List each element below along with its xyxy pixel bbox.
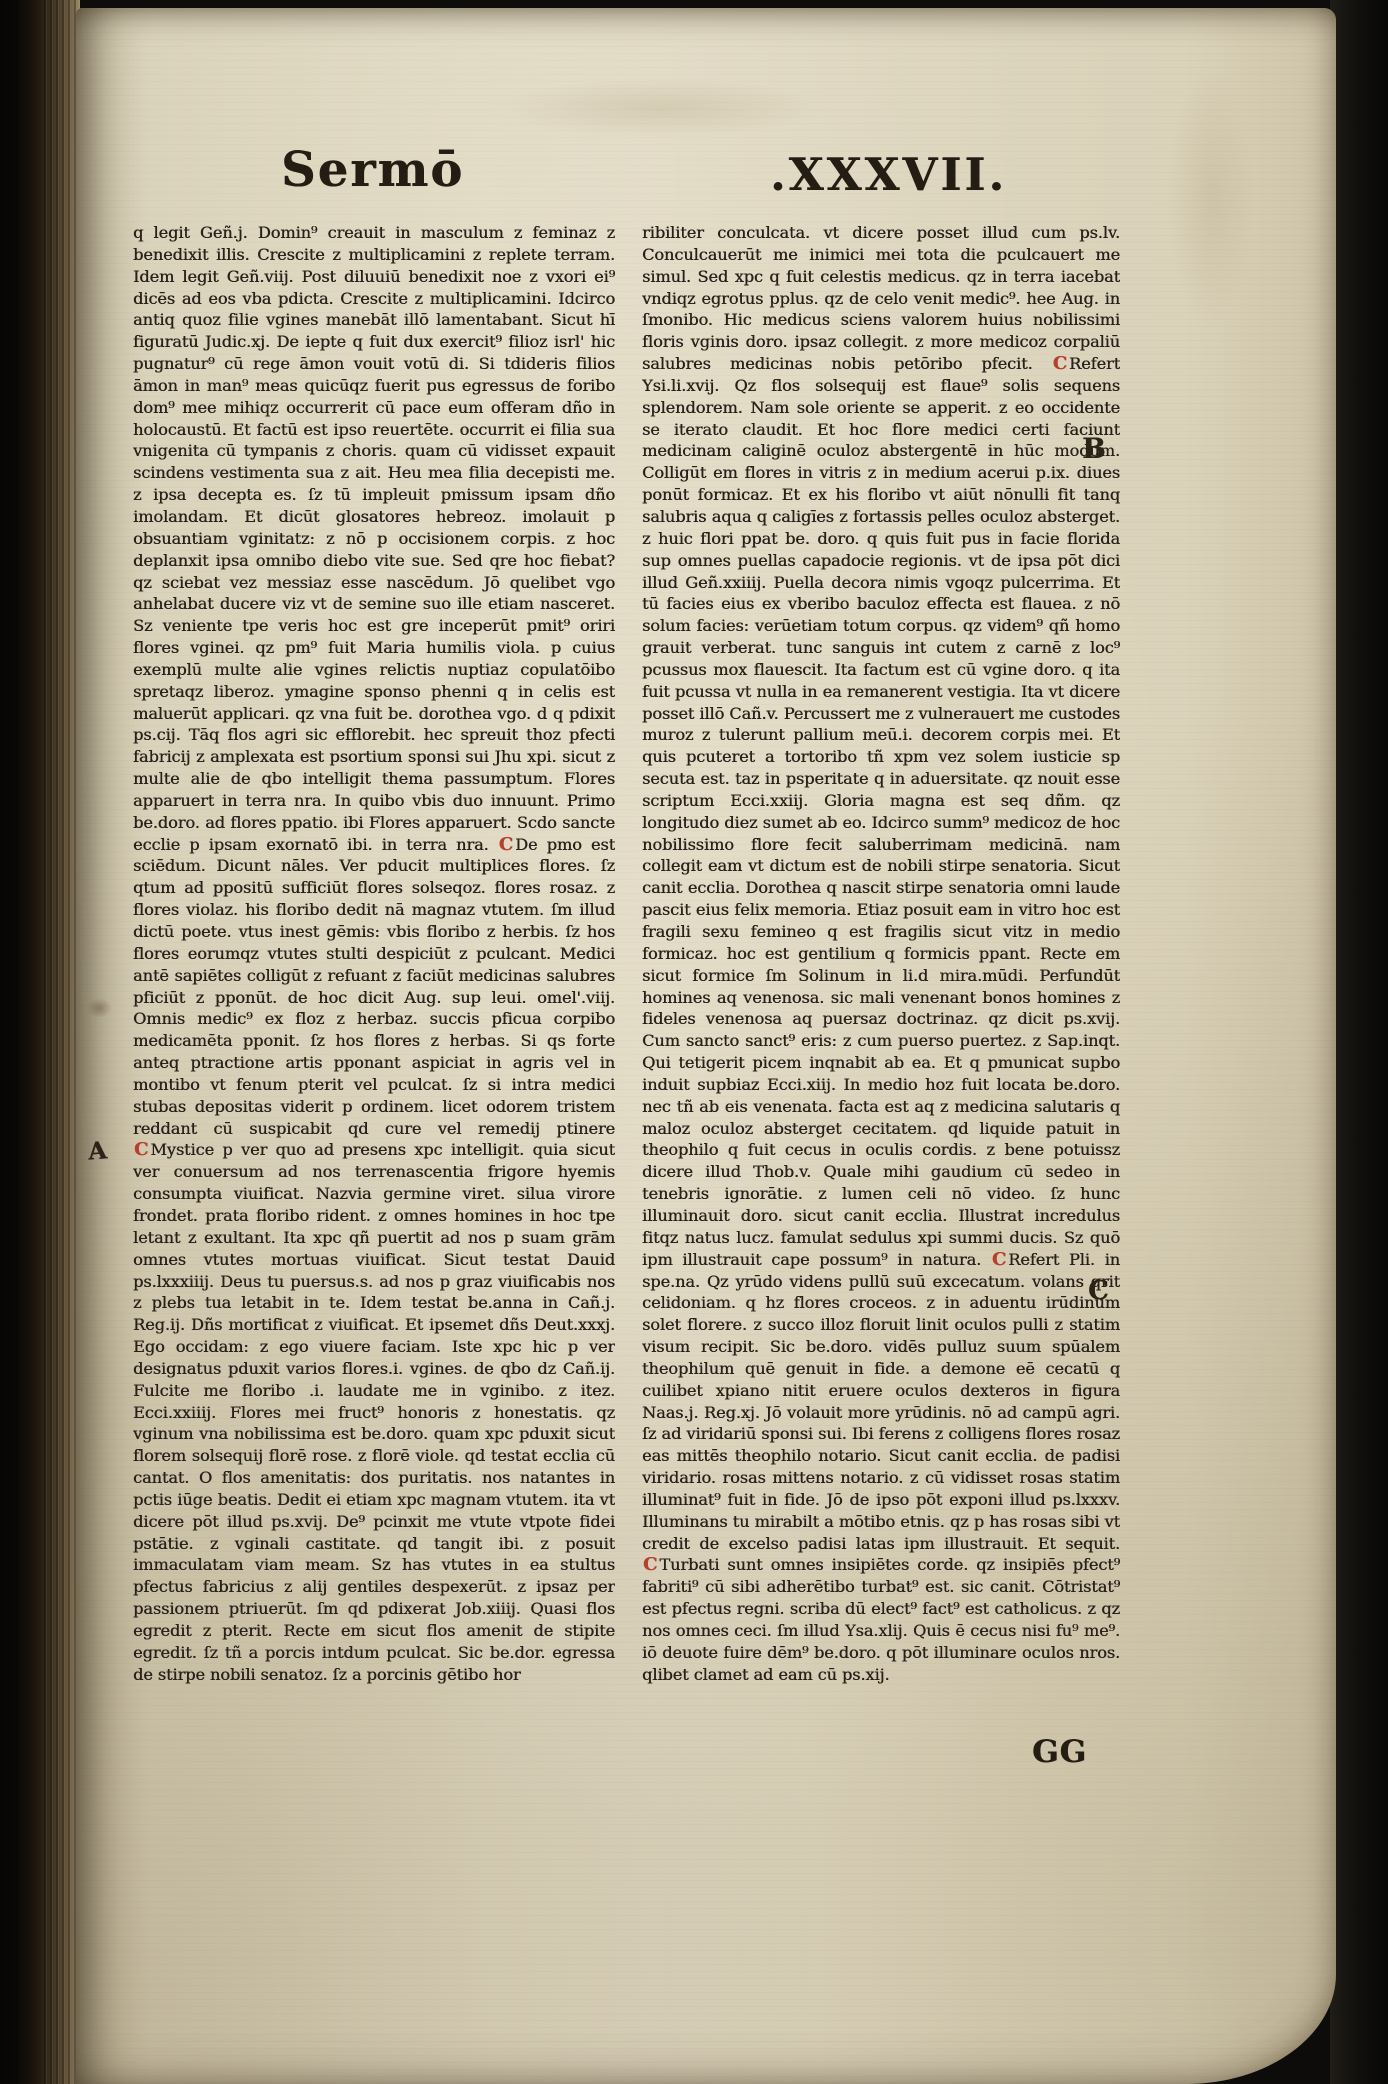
book-scan: Sermō .XXXVII. q legit Geñ.j. Domin⁹ cre… (0, 0, 1388, 2084)
rubric-paragraph-mark: C (498, 834, 515, 855)
text-column-left: q legit Geñ.j. Domin⁹ creauit in masculu… (133, 222, 615, 1767)
rubric-paragraph-mark: C (1052, 353, 1069, 374)
running-title: Sermō (281, 142, 464, 198)
rubric-paragraph-mark: C (642, 1554, 659, 1575)
dark-right-band (1330, 0, 1388, 2084)
ink-blot (86, 998, 112, 1018)
page-leaf: Sermō .XXXVII. q legit Geñ.j. Domin⁹ cre… (76, 8, 1336, 2084)
stacked-page-edges (44, 0, 80, 2084)
rubric-paragraph-mark: C (991, 1249, 1008, 1270)
marginal-letter-c: C (1088, 1276, 1109, 1306)
paper-stain (1166, 68, 1256, 328)
rubric-paragraph-mark: C (133, 1139, 150, 1160)
text-column-right: ribiliter conculcata. vt dicere posset i… (642, 222, 1120, 1767)
sermon-number: .XXXVII. (770, 148, 1007, 201)
marginal-letter-b: B (1082, 432, 1106, 465)
show-through-stain (496, 78, 826, 138)
marginal-letter-a: A (87, 1135, 108, 1165)
signature-mark: GG (1032, 1734, 1087, 1770)
